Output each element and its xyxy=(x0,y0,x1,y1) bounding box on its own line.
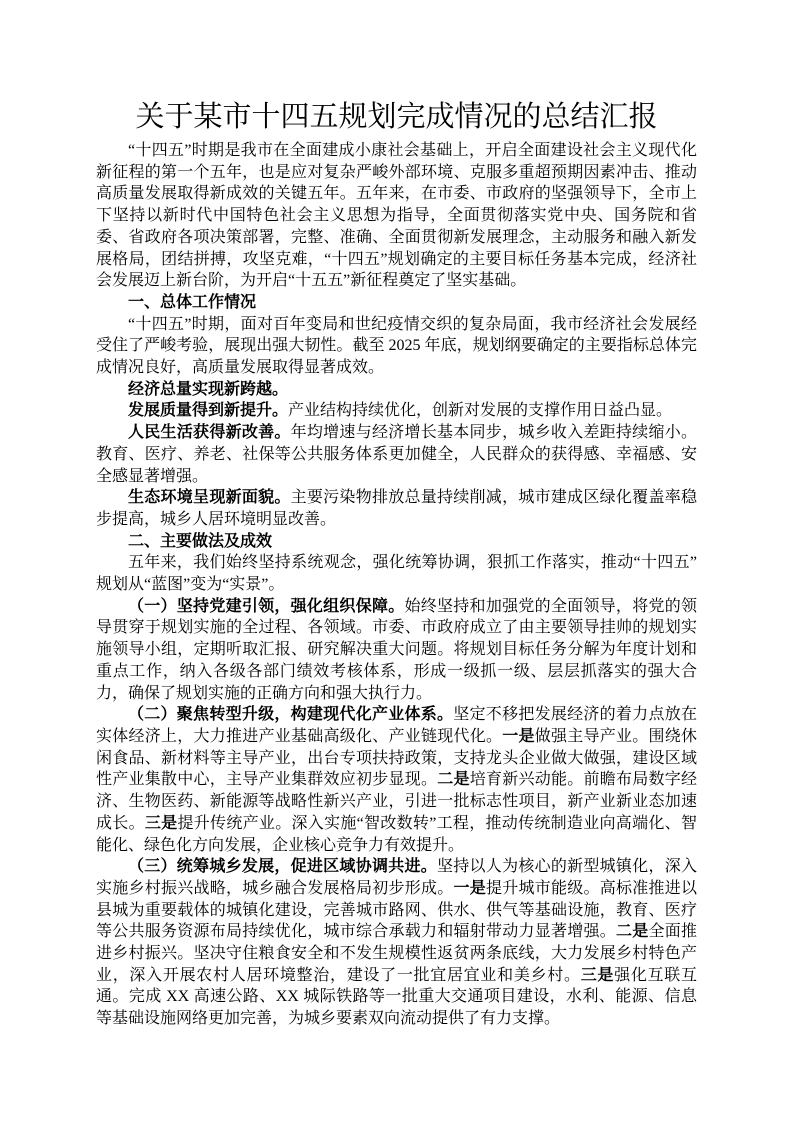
bold-text-run: 经济总量实现新跨越。 xyxy=(128,381,288,398)
document-page: 关于某市十四五规划完成情况的总结汇报 “十四五”时期是我市在全面建成小康社会基础… xyxy=(0,0,793,1121)
bold-text-run: （二）聚焦转型升级，构建现代化产业体系。 xyxy=(128,706,453,723)
paragraph: （一）坚持党建引领，强化组织保障。始终坚持和加强党的全面领导，将党的领导贯穿于规… xyxy=(96,596,697,705)
text-run: “十四五”时期是我市在全面建成小康社会基础上，开启全面建设社会主义现代化新征程的… xyxy=(96,142,697,289)
bold-text-run: 一是 xyxy=(502,728,535,745)
section-heading: 一、总体工作情况 xyxy=(96,292,697,314)
bold-text-run: （一）坚持党建引领，强化组织保障。 xyxy=(128,598,405,615)
bold-text-run: 发展质量得到新提升。 xyxy=(128,402,288,419)
paragraph: 发展质量得到新提升。产业结构持续优化，创新对发展的支撑作用日益凸显。 xyxy=(96,400,697,422)
paragraph: “十四五”时期，面对百年变局和世纪疫情交织的复杂局面，我市经济社会发展经受住了严… xyxy=(96,314,697,379)
bold-text-run: 人民生活获得新改善。 xyxy=(128,424,291,441)
paragraph: “十四五”时期是我市在全面建成小康社会基础上，开启全面建设社会主义现代化新征程的… xyxy=(96,140,697,292)
bold-text-run: 二是 xyxy=(616,923,649,940)
document-body: “十四五”时期是我市在全面建成小康社会基础上，开启全面建设社会主义现代化新征程的… xyxy=(96,140,697,1030)
bold-text-run: 三是 xyxy=(145,815,178,832)
bold-text-run: 一、总体工作情况 xyxy=(128,294,256,311)
bold-text-run: 二、主要做法及成效 xyxy=(128,533,272,550)
paragraph: （三）统筹城乡发展，促进区域协调共进。坚持以人为核心的新型城镇化，深入实施乡村振… xyxy=(96,856,697,1030)
document-title: 关于某市十四五规划完成情况的总结汇报 xyxy=(96,96,697,138)
bold-text-run: 二是 xyxy=(437,771,470,788)
paragraph: 五年来，我们始终坚持系统观念，强化统筹协调，狠抓工作落实，推动“十四五”规划从“… xyxy=(96,552,697,595)
paragraph: 经济总量实现新跨越。 xyxy=(96,379,697,401)
bold-text-run: 生态环境呈现新面貌。 xyxy=(128,489,291,506)
bold-text-run: 一是 xyxy=(453,880,486,897)
text-run: 五年来，我们始终坚持系统观念，强化统筹协调，狠抓工作落实，推动“十四五”规划从“… xyxy=(96,554,697,593)
section-heading: 二、主要做法及成效 xyxy=(96,531,697,553)
bold-text-run: 三是 xyxy=(581,967,614,984)
text-run: “十四五”时期，面对百年变局和世纪疫情交织的复杂局面，我市经济社会发展经受住了严… xyxy=(96,316,697,376)
paragraph: 生态环境呈现新面貌。主要污染物排放总量持续削减，城市建成区绿化覆盖率稳步提高，城… xyxy=(96,487,697,530)
paragraph: （二）聚焦转型升级，构建现代化产业体系。坚定不移把发展经济的着力点放在实体经济上… xyxy=(96,704,697,856)
text-run: 产业结构持续优化，创新对发展的支撑作用日益凸显。 xyxy=(288,402,672,419)
bold-text-run: （三）统筹城乡发展，促进区域协调共进。 xyxy=(128,858,437,875)
paragraph: 人民生活获得新改善。年均增速与经济增长基本同步，城乡收入差距持续缩小。教育、医疗… xyxy=(96,422,697,487)
text-run: 提升传统产业。深入实施“智改数转”工程，推动传统制造业向高端化、智能化、绿色化方… xyxy=(96,815,697,854)
